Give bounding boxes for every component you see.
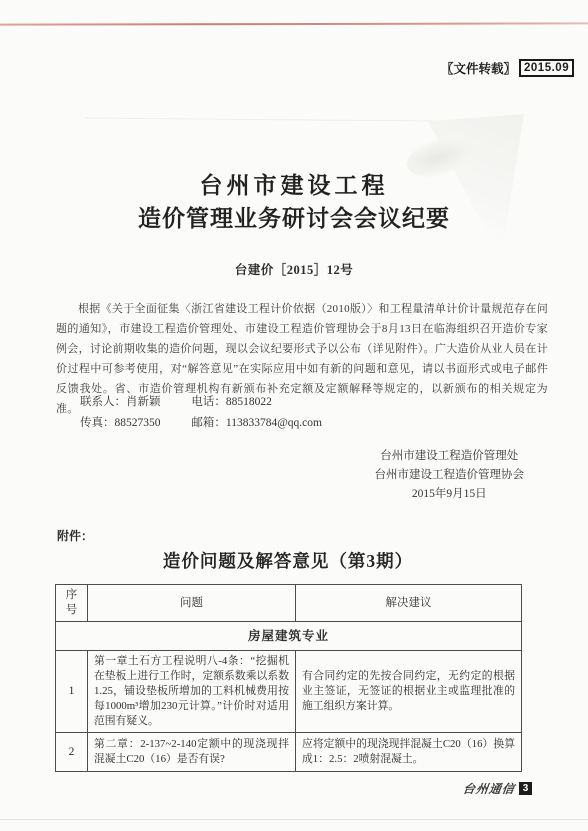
col-header-seq: 序号: [56, 585, 88, 622]
row-seq: 2: [56, 733, 88, 772]
row-seq: 1: [56, 651, 88, 733]
page-number-badge: 3: [519, 782, 532, 795]
qa-table-header-row: 序号 问题 解决建议: [56, 585, 522, 622]
scan-edge-red-line: [0, 22, 588, 25]
scan-artifact-fold-line: [85, 117, 435, 123]
contact-phone: 电话：88518022: [191, 396, 272, 408]
document-title-line1: 台州市建设工程: [0, 167, 588, 200]
contact-email: 邮箱：113833784@qq.com: [191, 417, 322, 429]
signature-org-2: 台州市建设工程造价管理协会: [375, 466, 525, 485]
contact-block: 联系人：肖新颖 电话：88518022 传真：88527350 邮箱：11383…: [80, 392, 322, 434]
contact-line-1: 联系人：肖新颖 电话：88518022: [80, 392, 322, 413]
qa-table-section-row: 房屋建筑专业: [56, 622, 522, 651]
section-title: 房屋建筑专业: [56, 622, 522, 651]
row-question: 第一章土石方工程说明八-4条：“挖掘机在垫板上进行工作时，定额系数乘以系数1.2…: [88, 651, 296, 733]
reprint-mark: 〖文件转载〗 2015.09: [441, 59, 574, 77]
qa-table: 序号 问题 解决建议 房屋建筑专业 1 第一章土石方工程说明八-4条：“挖掘机在…: [55, 584, 522, 772]
table-row: 1 第一章土石方工程说明八-4条：“挖掘机在垫板上进行工作时，定额系数乘以系数1…: [56, 651, 522, 733]
contact-fax: 传真：88527350: [80, 417, 161, 429]
contact-line-2: 传真：88527350 邮箱：113833784@qq.com: [80, 413, 322, 434]
contact-person: 联系人：肖新颖: [80, 396, 161, 408]
journal-name: 台州通信: [462, 780, 516, 797]
signature-date: 2015年9月15日: [375, 485, 525, 504]
document-title-line2: 造价管理业务研讨会会议纪要: [0, 200, 588, 233]
row-question: 第二章：2-137~2-140定额中的现浇现拌混凝土C20（16）是否有误?: [88, 733, 296, 772]
row-answer: 应将定额中的现浇现拌混凝土C20（16）换算成1：2.5：2喷射混凝土。: [296, 733, 522, 772]
reprint-label: 〖文件转载〗: [441, 59, 516, 77]
attachment-label: 附件：: [57, 527, 93, 544]
scanned-document-page: 〖文件转载〗 2015.09 台州市建设工程 造价管理业务研讨会会议纪要 台建价…: [0, 0, 588, 831]
scan-bottom-edge-line: [0, 819, 588, 820]
signature-org-1: 台州市建设工程造价管理处: [375, 447, 525, 466]
col-header-answer: 解决建议: [296, 585, 522, 622]
col-header-question: 问题: [88, 585, 296, 622]
row-answer: 有合同约定的先按合同约定，无约定的根据业主签证，无签证的根据业主或监理批准的施工…: [296, 651, 522, 733]
document-number: 台建价［2015］12号: [0, 260, 588, 278]
issue-number-badge: 2015.09: [519, 59, 574, 77]
table-row: 2 第二章：2-137~2-140定额中的现浇现拌混凝土C20（16）是否有误?…: [56, 733, 522, 772]
page-footer: 台州通信 3: [463, 780, 532, 797]
attachment-title: 造价问题及解答意见（第3期）: [55, 548, 521, 573]
signature-block: 台州市建设工程造价管理处 台州市建设工程造价管理协会 2015年9月15日: [375, 447, 525, 504]
